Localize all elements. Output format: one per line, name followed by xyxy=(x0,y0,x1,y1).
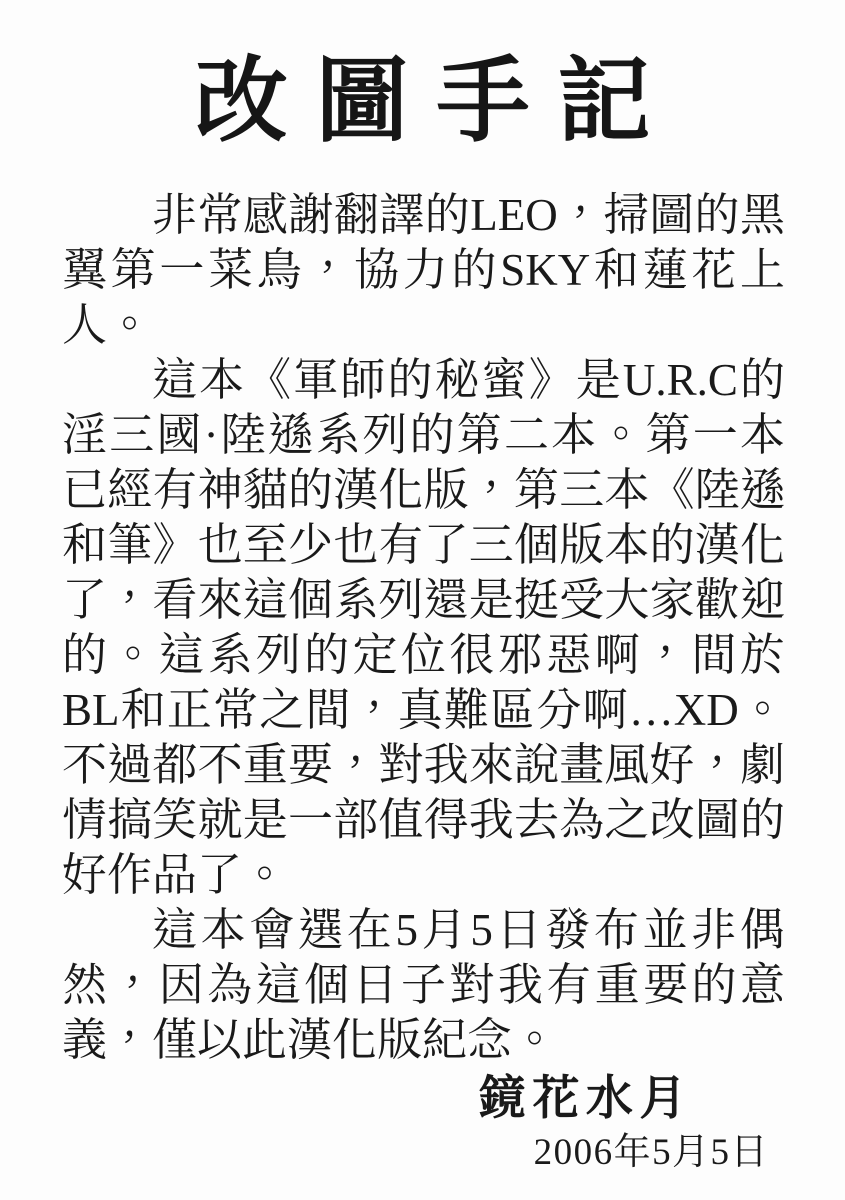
page-title: 改圖手記 xyxy=(0,52,845,154)
paragraph-release-date: 這本會選在5月5日發布並非偶然，因為這個日子對我有重要的意義，僅以此漢化版紀念。 xyxy=(62,903,785,1068)
notes-body: 非常感謝翻譯的LEO，掃圖的黑翼第一菜鳥，協力的SKY和蓮花上人。 這本《軍師的… xyxy=(62,188,785,1068)
paragraph-series-commentary: 這本《軍師的秘蜜》是U.R.C的淫三國·陸遜系列的第二本。第一本已經有神貓的漢化… xyxy=(62,353,785,903)
date-line: 2006年5月5日 xyxy=(0,1131,769,1175)
scanned-notes-page: 改圖手記 非常感謝翻譯的LEO，掃圖的黑翼第一菜鳥，協力的SKY和蓮花上人。 這… xyxy=(0,0,845,1200)
signature: 鏡花水月 xyxy=(0,1072,693,1127)
paragraph-thanks: 非常感謝翻譯的LEO，掃圖的黑翼第一菜鳥，協力的SKY和蓮花上人。 xyxy=(62,188,785,353)
